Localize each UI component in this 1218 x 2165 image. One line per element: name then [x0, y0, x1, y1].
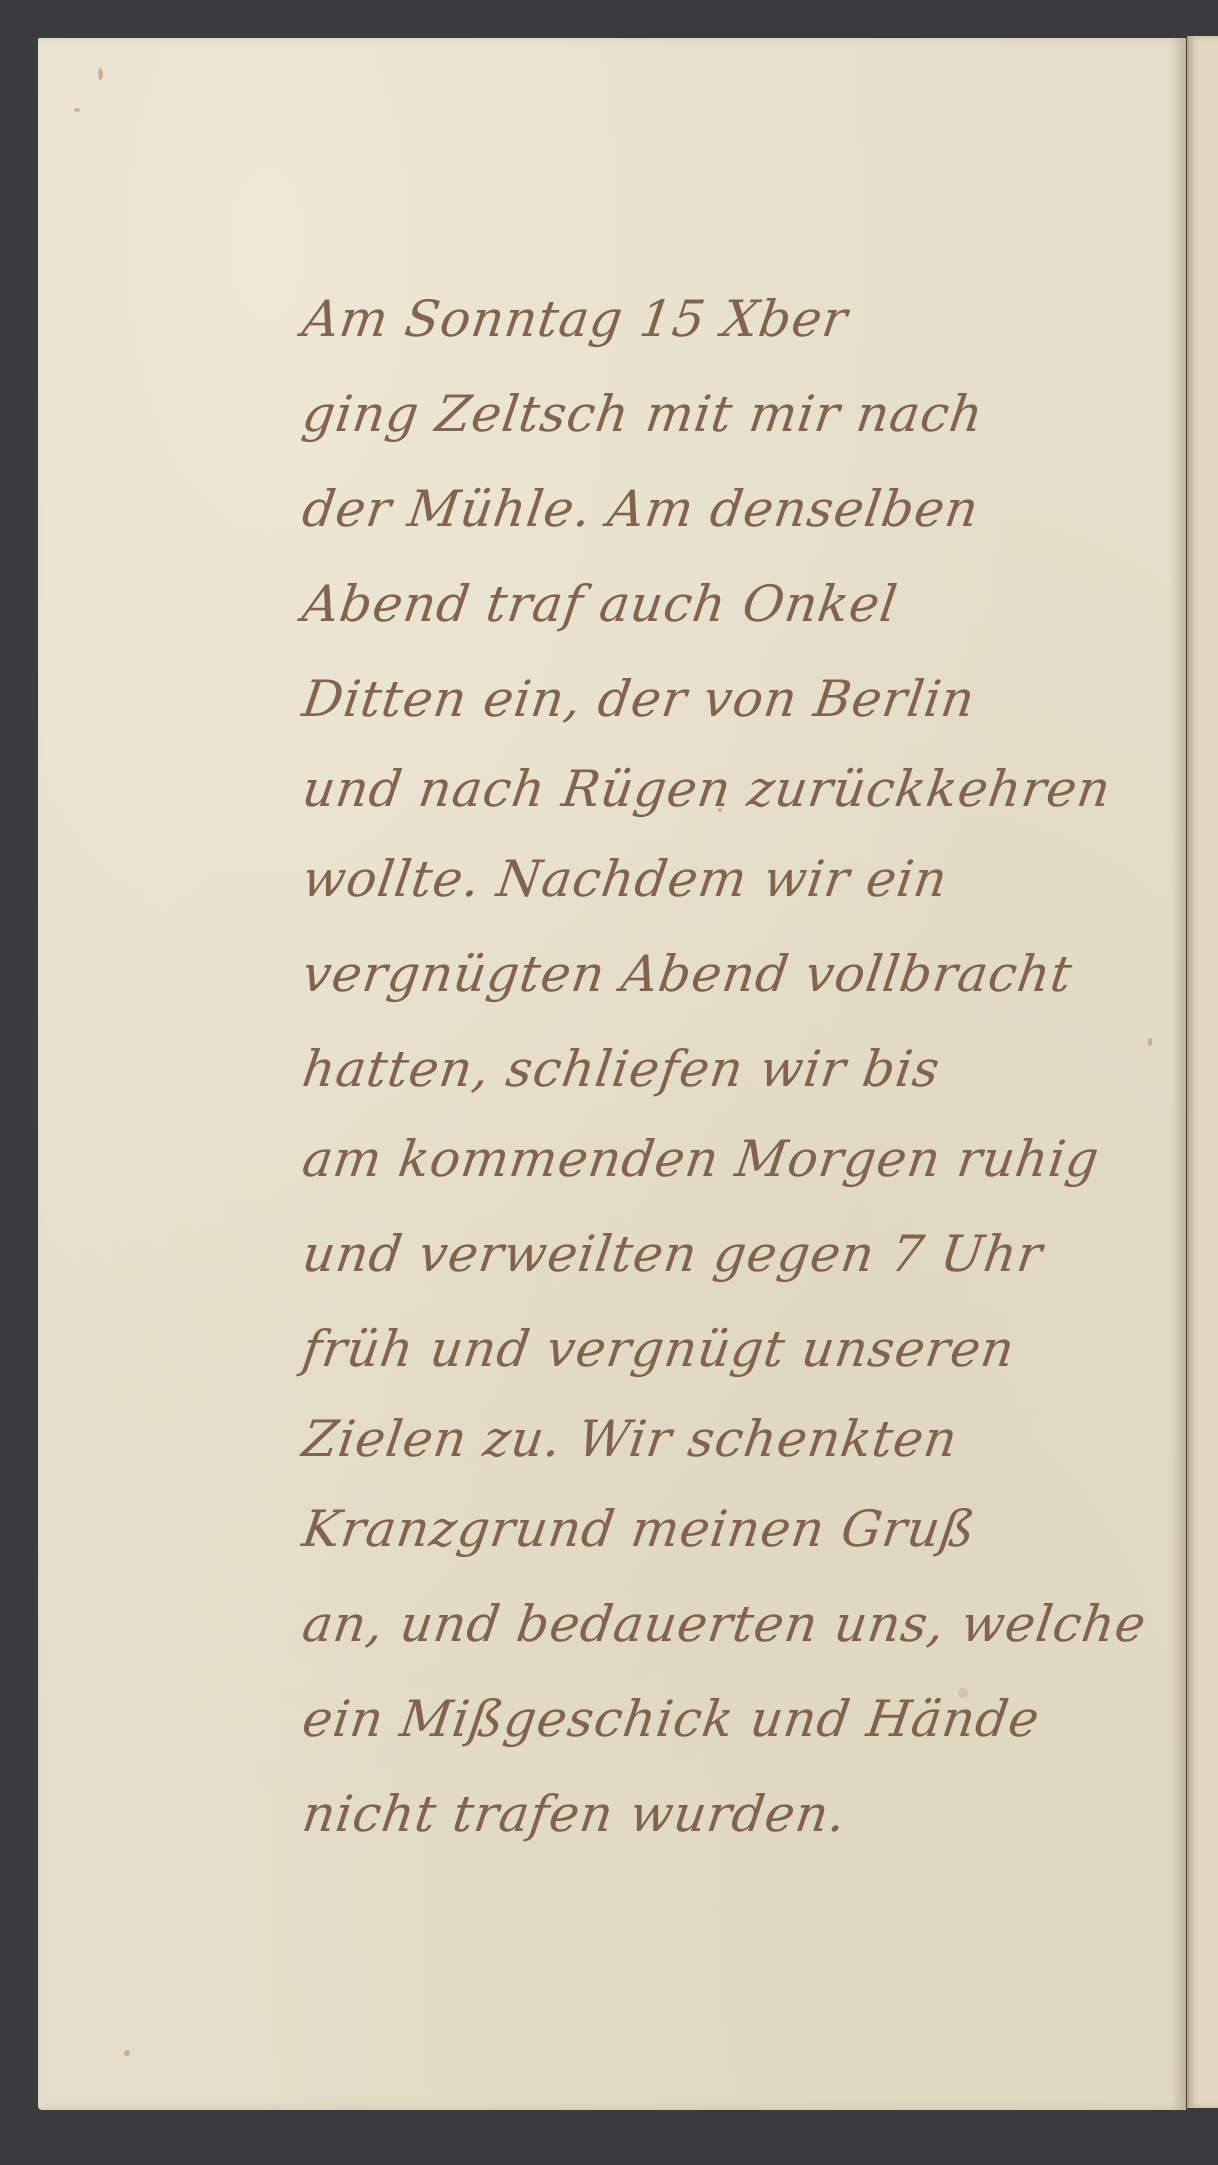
facing-page-edge: [1187, 36, 1218, 2108]
manuscript-line-12: früh und vergnügt unseren: [299, 1320, 1019, 1378]
manuscript-line-7: wollte. Nachdem wir ein: [299, 850, 952, 908]
manuscript-line-15: an, und bedauerten uns, welche: [299, 1595, 1150, 1653]
manuscript-line-9: hatten, schliefen wir bis: [299, 1040, 944, 1098]
manuscript-line-3: der Mühle. Am denselben: [299, 480, 983, 538]
paper-speck: [718, 808, 722, 812]
paper-stain: [958, 1688, 968, 1698]
paper-speck: [1148, 1038, 1152, 1046]
paper-speck: [98, 68, 103, 80]
manuscript-line-13: Zielen zu. Wir schenkten: [299, 1410, 962, 1468]
manuscript-line-17: nicht trafen wurden.: [299, 1785, 850, 1843]
manuscript-line-10: am kommenden Morgen ruhig: [299, 1130, 1103, 1188]
manuscript-line-8: vergnügten Abend vollbracht: [299, 945, 1076, 1003]
paper-speck: [74, 108, 80, 112]
manuscript-line-4: Abend traf auch Onkel: [299, 575, 901, 633]
manuscript-line-16: ein Mißgeschick und Hände: [299, 1690, 1044, 1748]
manuscript-line-2: ging Zeltsch mit mir nach: [299, 385, 987, 443]
manuscript-line-6: und nach Rügen zurückkehren: [299, 760, 1115, 818]
manuscript-line-1: Am Sonntag 15 Xber: [299, 290, 852, 348]
handwritten-text-block: Am Sonntag 15 Xber ging Zeltsch mit mir …: [38, 38, 1186, 2110]
gutter-shadow: [1170, 38, 1187, 2110]
paper-speck: [124, 2050, 130, 2056]
manuscript-line-14: Kranzgrund meinen Gruß: [299, 1500, 979, 1558]
manuscript-page: Am Sonntag 15 Xber ging Zeltsch mit mir …: [38, 38, 1186, 2110]
manuscript-line-11: und verweilten gegen 7 Uhr: [299, 1225, 1047, 1283]
manuscript-line-5: Ditten ein, der von Berlin: [299, 670, 979, 728]
